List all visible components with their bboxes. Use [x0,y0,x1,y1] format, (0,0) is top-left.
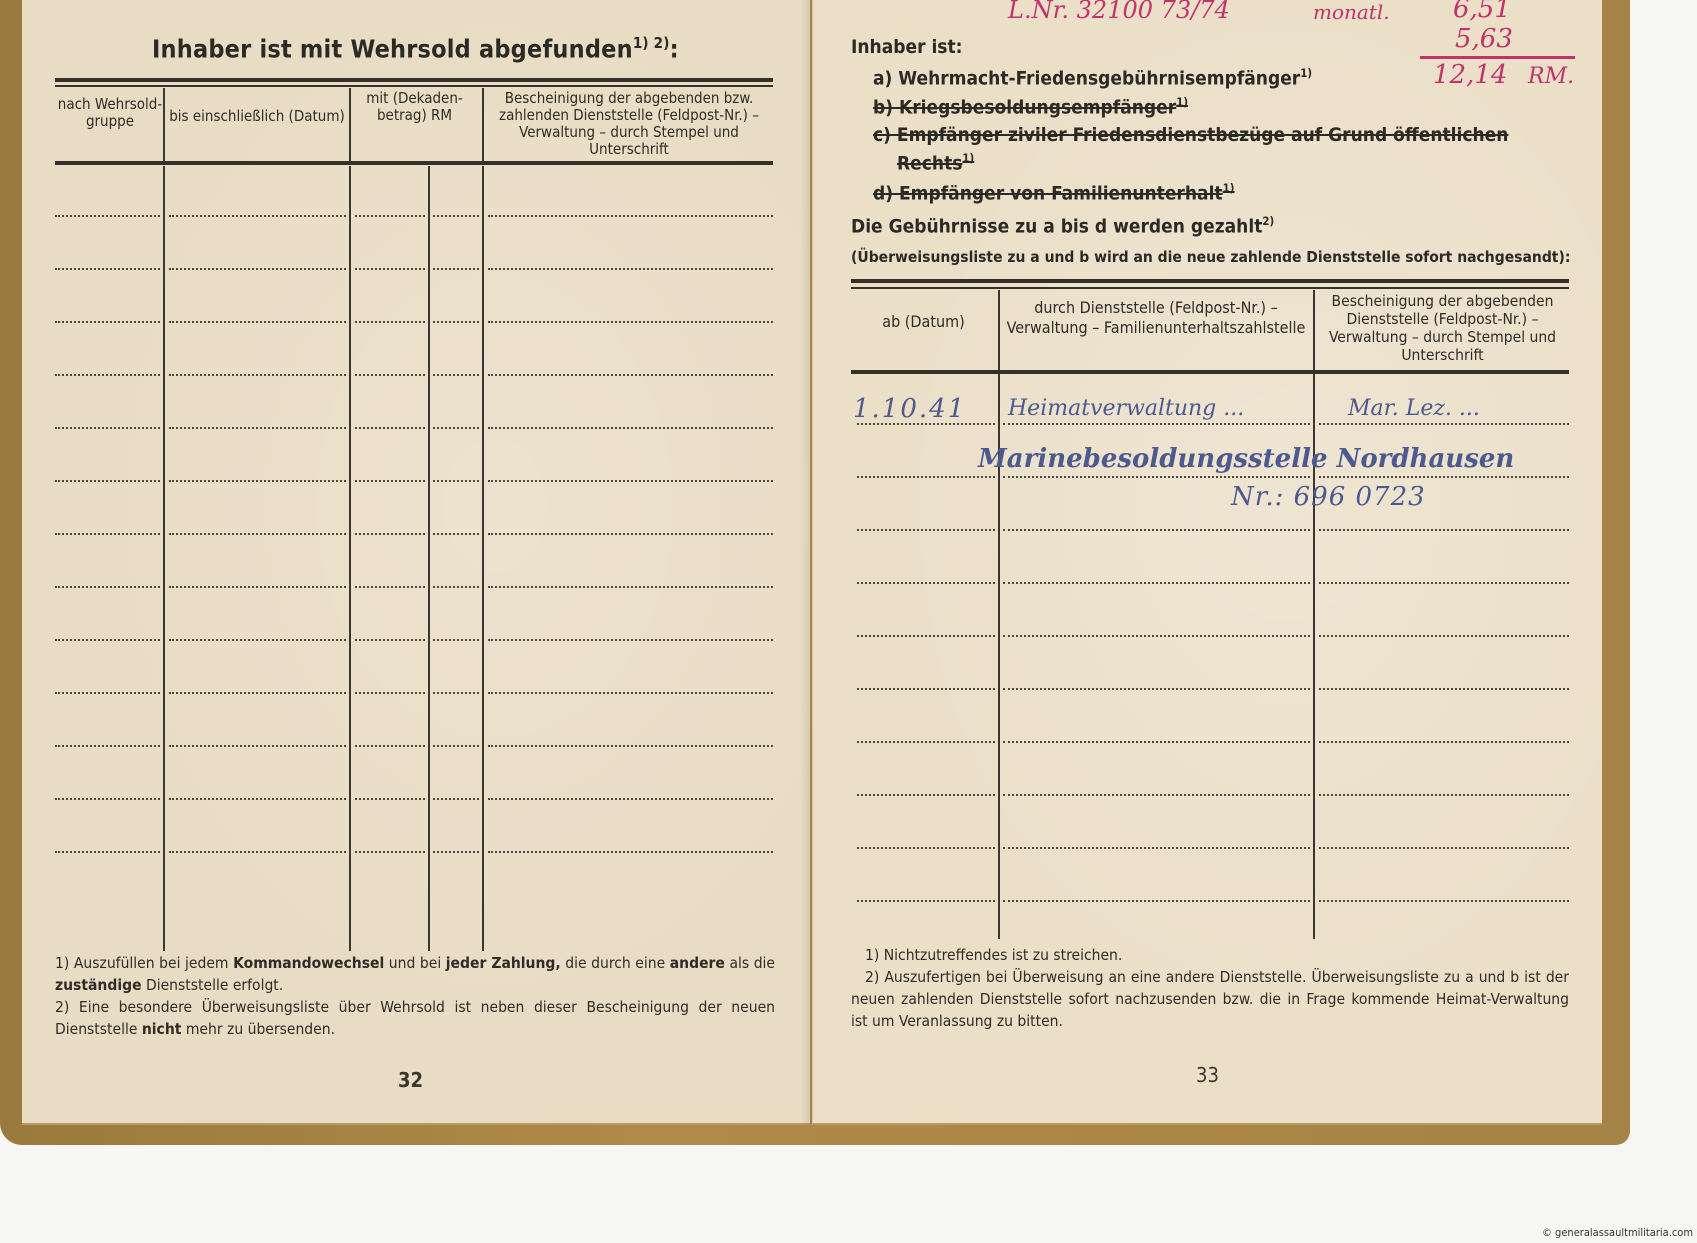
row-dotted-line [355,321,425,323]
row-dotted-line [169,586,346,588]
row-dotted-line [433,427,479,429]
option-b-struck: b) Kriegsbesoldungsempfänger1) [873,95,1188,118]
option-c-continuation-struck: Rechts1) [897,151,974,174]
row-dotted-line [1003,900,1310,902]
payment-line: Die Gebührnisse zu a bis d werden gezahl… [851,214,1274,237]
row-dotted-line [488,586,773,588]
row-dotted-line [857,741,995,743]
row-dotted-line [433,639,479,641]
row-dotted-line [355,639,425,641]
option-c-struck: c) Empfänger ziviler Friedensdienstbezüg… [873,124,1508,146]
row-dotted-line [355,427,425,429]
row-dotted-line [433,480,479,482]
row-dotted-line [488,268,773,270]
row-dotted-line [55,321,160,323]
row-dotted-line [433,851,479,853]
header-divider [1313,290,1315,370]
row-dotted-line [433,798,479,800]
row-dotted-line [169,268,346,270]
col-header-dienststelle: durch Dienststelle (Feldpost-Nr.) – Verw… [1001,298,1311,338]
column-divider-pfennig [428,166,430,951]
row-dotted-line [169,321,346,323]
row-dotted-line [1003,582,1310,584]
footnote-2: 2) Auszufertigen bei Überweisung an eine… [851,966,1569,1032]
row-dotted-line [355,215,425,217]
row-dotted-line [355,851,425,853]
handwritten-reference: L.Nr. 32100 73/74 [1008,0,1230,24]
row-dotted-line [488,639,773,641]
row-dotted-line [355,480,425,482]
table-top-rule [55,78,773,82]
row-dotted-line [55,480,160,482]
row-dotted-line [355,798,425,800]
row-dotted-line [857,688,995,690]
row-dotted-line [55,533,160,535]
row-dotted-line [169,692,346,694]
footnote-2: 2) Eine besondere Überweisungsliste über… [55,996,775,1040]
row-dotted-line [1003,529,1310,531]
row-dotted-line [1319,476,1569,478]
entry-certification: Mar. Lez. ... [1348,396,1480,421]
row-dotted-line [857,794,995,796]
row-dotted-line [433,321,479,323]
row-dotted-line [169,798,346,800]
footnotes-right: 1) Nichtzutreffendes ist zu streichen. 2… [851,944,1569,1032]
handwritten-amount-1: 6,51 [1453,0,1511,24]
row-dotted-line [169,427,346,429]
row-dotted-line [55,851,160,853]
row-dotted-line [433,215,479,217]
column-divider [482,166,484,951]
row-dotted-line [433,745,479,747]
row-dotted-line [55,427,160,429]
table-top-rule-thin [851,287,1569,289]
col-header-wehrsoldgruppe: nach Wehrsold-gruppe [55,96,165,130]
row-dotted-line [857,476,995,478]
row-dotted-line [857,529,995,531]
table-header-rule [55,161,773,165]
table-top-rule [851,279,1569,283]
row-dotted-line [55,639,160,641]
row-dotted-line [1319,794,1569,796]
footnotes-left: 1) Auszufüllen bei jedem Kommandowechsel… [55,952,775,1040]
handwritten-total: 12,14 [1433,60,1507,90]
row-dotted-line [55,374,160,376]
row-dotted-line [1003,794,1310,796]
col-header-bescheinigung: Bescheinigung der abgebenden Dienststell… [1316,292,1569,364]
row-dotted-line [433,374,479,376]
row-dotted-line [488,480,773,482]
column-divider [349,166,351,951]
row-dotted-line [1319,688,1569,690]
col-header-bis-datum: bis einschließlich (Datum) [167,108,347,125]
col-header-dekadenbetrag: mit (Dekaden-betrag) RM [352,90,477,124]
row-dotted-line [1319,635,1569,637]
row-dotted-line [355,586,425,588]
entry-paying-office: Marinebesoldungsstelle Nordhausen [978,444,1514,474]
row-dotted-line [1319,741,1569,743]
row-dotted-line [1319,582,1569,584]
row-dotted-line [55,586,160,588]
option-d-struck: d) Empfänger von Familienunterhalt1) [873,181,1234,204]
row-dotted-line [55,692,160,694]
row-dotted-line [1319,529,1569,531]
row-dotted-line [433,692,479,694]
row-dotted-line [1319,423,1569,425]
row-dotted-line [1319,900,1569,902]
row-dotted-line [488,533,773,535]
heading-inhaber-ist: Inhaber ist: [851,36,963,58]
row-dotted-line [355,374,425,376]
copyright-notice: © generalassaultmilitaria.com [1542,1226,1693,1239]
col-header-bescheinigung: Bescheinigung der abgebenden bzw. zahlen… [484,90,774,158]
row-dotted-line [355,692,425,694]
row-dotted-line [355,268,425,270]
row-dotted-line [488,745,773,747]
row-dotted-line [488,427,773,429]
row-dotted-line [857,582,995,584]
sum-underline [1420,56,1575,59]
row-dotted-line [169,639,346,641]
row-dotted-line [1003,847,1310,849]
row-dotted-line [169,851,346,853]
page-32: Inhaber ist mit Wehrsold abgefunden1) 2)… [22,0,810,1125]
handwritten-amount-2: 5,63 [1455,24,1513,54]
row-dotted-line [433,533,479,535]
row-dotted-line [488,321,773,323]
column-divider [163,166,165,951]
entry-date: 1.10.41 [853,394,966,424]
page-number: 32 [398,1068,423,1092]
transfer-note: (Überweisungsliste zu a und b wird an di… [851,248,1570,266]
row-dotted-line [355,533,425,535]
row-dotted-line [1003,741,1310,743]
row-dotted-line [433,268,479,270]
row-dotted-line [1003,423,1310,425]
row-dotted-line [169,533,346,535]
row-dotted-line [857,900,995,902]
row-dotted-line [488,215,773,217]
table-top-rule-thin [55,85,773,87]
handwritten-currency: RM. [1528,64,1574,89]
page-title: Inhaber ist mit Wehrsold abgefunden1) 2)… [152,34,679,63]
row-dotted-line [488,692,773,694]
row-dotted-line [1319,847,1569,849]
page-number: 33 [1196,1063,1219,1087]
row-dotted-line [488,374,773,376]
row-dotted-line [857,635,995,637]
row-dotted-line [1003,476,1310,478]
row-dotted-line [488,798,773,800]
header-divider [998,290,1000,370]
row-dotted-line [169,215,346,217]
row-dotted-line [169,480,346,482]
row-dotted-line [1003,635,1310,637]
row-dotted-line [55,268,160,270]
row-dotted-line [857,847,995,849]
footnote-1: 1) Nichtzutreffendes ist zu streichen. [851,944,1569,966]
table-header-rule [851,370,1569,374]
option-a: a) Wehrmacht-Friedensgebührnisempfänger1… [873,66,1312,89]
page-33: L.Nr. 32100 73/74 monatl. 6,51 5,63 12,1… [812,0,1602,1125]
row-dotted-line [1003,688,1310,690]
row-dotted-line [488,851,773,853]
header-divider [349,88,351,161]
row-dotted-line [433,586,479,588]
col-header-ab-datum: ab (Datum) [851,312,996,332]
handwritten-monthly-label: monatl. [1313,0,1390,24]
entry-office-number: Nr.: 696 0723 [1231,482,1426,512]
header-divider [163,88,165,161]
row-dotted-line [55,745,160,747]
entry-office: Heimatverwaltung ... [1008,396,1244,421]
row-dotted-line [355,745,425,747]
header-divider [482,88,484,161]
row-dotted-line [169,745,346,747]
row-dotted-line [169,374,346,376]
row-dotted-line [55,798,160,800]
row-dotted-line [55,215,160,217]
footnote-1: 1) Auszufüllen bei jedem Kommandowechsel… [55,952,775,996]
